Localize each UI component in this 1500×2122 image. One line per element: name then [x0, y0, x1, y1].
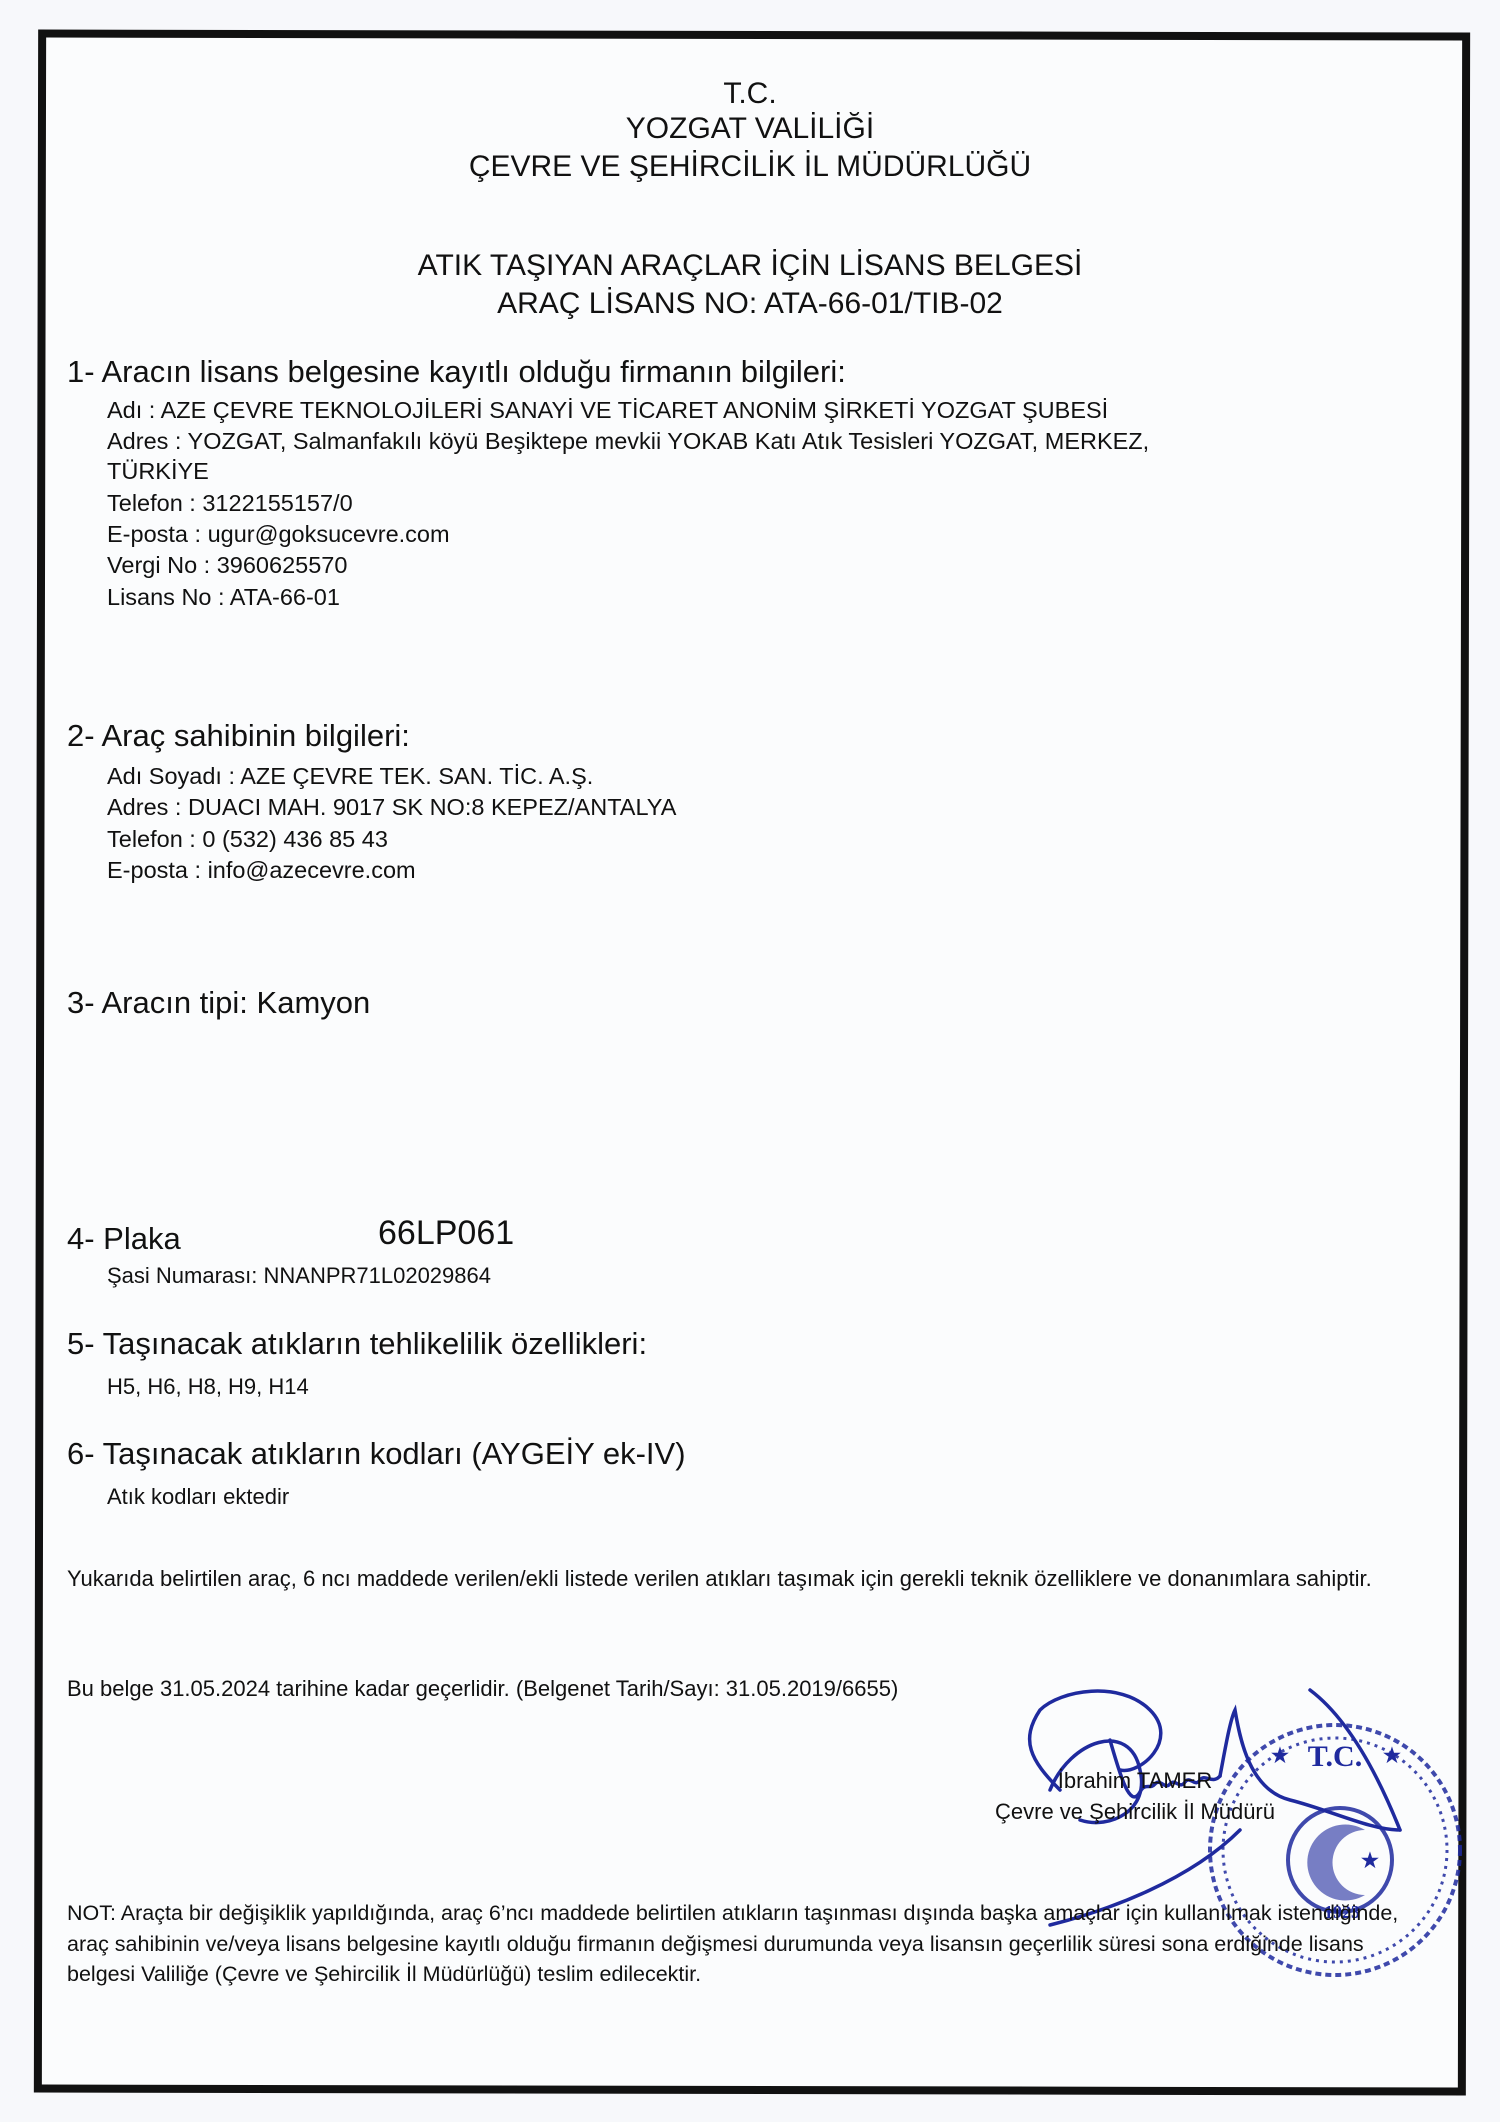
chassis-number: Şasi Numarası: NNANPR71L02029864	[107, 1263, 491, 1289]
company-phone: Telefon : 3122155157/0	[107, 490, 353, 517]
header-governorship: YOZGAT VALİLİĞİ	[0, 111, 1500, 147]
hazard-properties: H5, H6, H8, H9, H14	[107, 1374, 309, 1400]
company-address: Adres : YOZGAT, Salmanfakılı köyü Beşikt…	[107, 428, 1149, 455]
header-tc: T.C.	[0, 76, 1500, 112]
section2-heading: 2- Araç sahibinin bilgileri:	[67, 718, 410, 754]
document-title: ATIK TAŞIYAN ARAÇLAR İÇİN LİSANS BELGESİ	[0, 248, 1500, 284]
signatory-name: İbrahim TAMER	[990, 1768, 1280, 1794]
owner-address: Adres : DUACI MAH. 9017 SK NO:8 KEPEZ/AN…	[107, 794, 676, 821]
company-address-country: TÜRKİYE	[107, 458, 209, 485]
company-license-no: Lisans No : ATA-66-01	[107, 584, 340, 611]
section1-heading: 1- Aracın lisans belgesine kayıtlı olduğ…	[67, 354, 846, 390]
compliance-statement: Yukarıda belirtilen araç, 6 ncı maddede …	[67, 1564, 1427, 1594]
plate-number: 66LP061	[378, 1214, 514, 1253]
section3-vehicle-type: 3- Aracın tipi: Kamyon	[67, 985, 370, 1021]
header-directorate: ÇEVRE VE ŞEHİRCİLİK İL MÜDÜRLÜĞÜ	[0, 149, 1500, 185]
note-paragraph: NOT: Araçta bir değişiklik yapıldığında,…	[67, 1898, 1437, 1990]
signatory-title: Çevre ve Şehircilik İl Müdürü	[960, 1799, 1310, 1825]
owner-phone: Telefon : 0 (532) 436 85 43	[107, 826, 388, 853]
company-tax-no: Vergi No : 3960625570	[107, 552, 347, 579]
company-email: E-posta : ugur@goksucevre.com	[107, 521, 450, 548]
validity-statement: Bu belge 31.05.2024 tarihine kadar geçer…	[67, 1676, 898, 1702]
section5-heading: 5- Taşınacak atıkların tehlikelilik özel…	[67, 1326, 647, 1362]
owner-email: E-posta : info@azecevre.com	[107, 857, 416, 884]
owner-name: Adı Soyadı : AZE ÇEVRE TEK. SAN. TİC. A.…	[107, 763, 593, 790]
section4-heading: 4- Plaka	[67, 1221, 181, 1257]
section6-heading: 6- Taşınacak atıkların kodları (AYGEİY e…	[67, 1436, 686, 1472]
company-name: Adı : AZE ÇEVRE TEKNOLOJİLERİ SANAYİ VE …	[107, 397, 1108, 424]
vehicle-license-number: ARAÇ LİSANS NO: ATA-66-01/TIB-02	[0, 286, 1500, 322]
waste-codes: Atık kodları ektedir	[107, 1484, 289, 1510]
